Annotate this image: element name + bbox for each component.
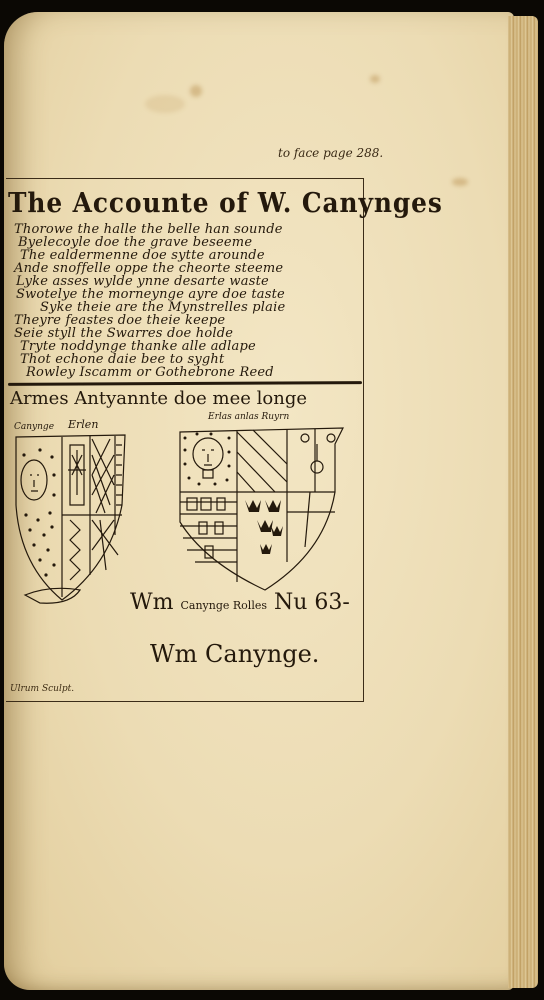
foxing-spot [190,85,202,97]
right-coat-of-arms-icon [175,422,345,597]
foxing-spot [452,178,468,186]
signature-line-1: Wm Canynge Rolles Nu 63- [130,590,350,615]
foxing-spot [145,95,185,113]
manuscript-line: Rowley Iscamm or Gothebrone Reed [26,365,274,380]
signature-line-2: Wm Canynge. [150,640,319,668]
signature-prefix: Wm [130,590,173,615]
page-edges [508,16,538,988]
signature-suffix: Nu 63- [274,590,350,615]
right-arms-label: Erlas anlas Ruyrn [208,412,289,422]
arms-subheading: Armes Antyannte doe mee longe [10,388,307,409]
plate-caption: to face page 288. [278,146,383,160]
engraver-credit: Ulrum Sculpt. [10,684,74,694]
foxing-spot [370,75,380,83]
left-coat-of-arms-icon [10,425,130,605]
signature-middle: Canynge Rolles [180,599,267,612]
manuscript-title: The Accounte of W. Canynges [8,188,443,219]
